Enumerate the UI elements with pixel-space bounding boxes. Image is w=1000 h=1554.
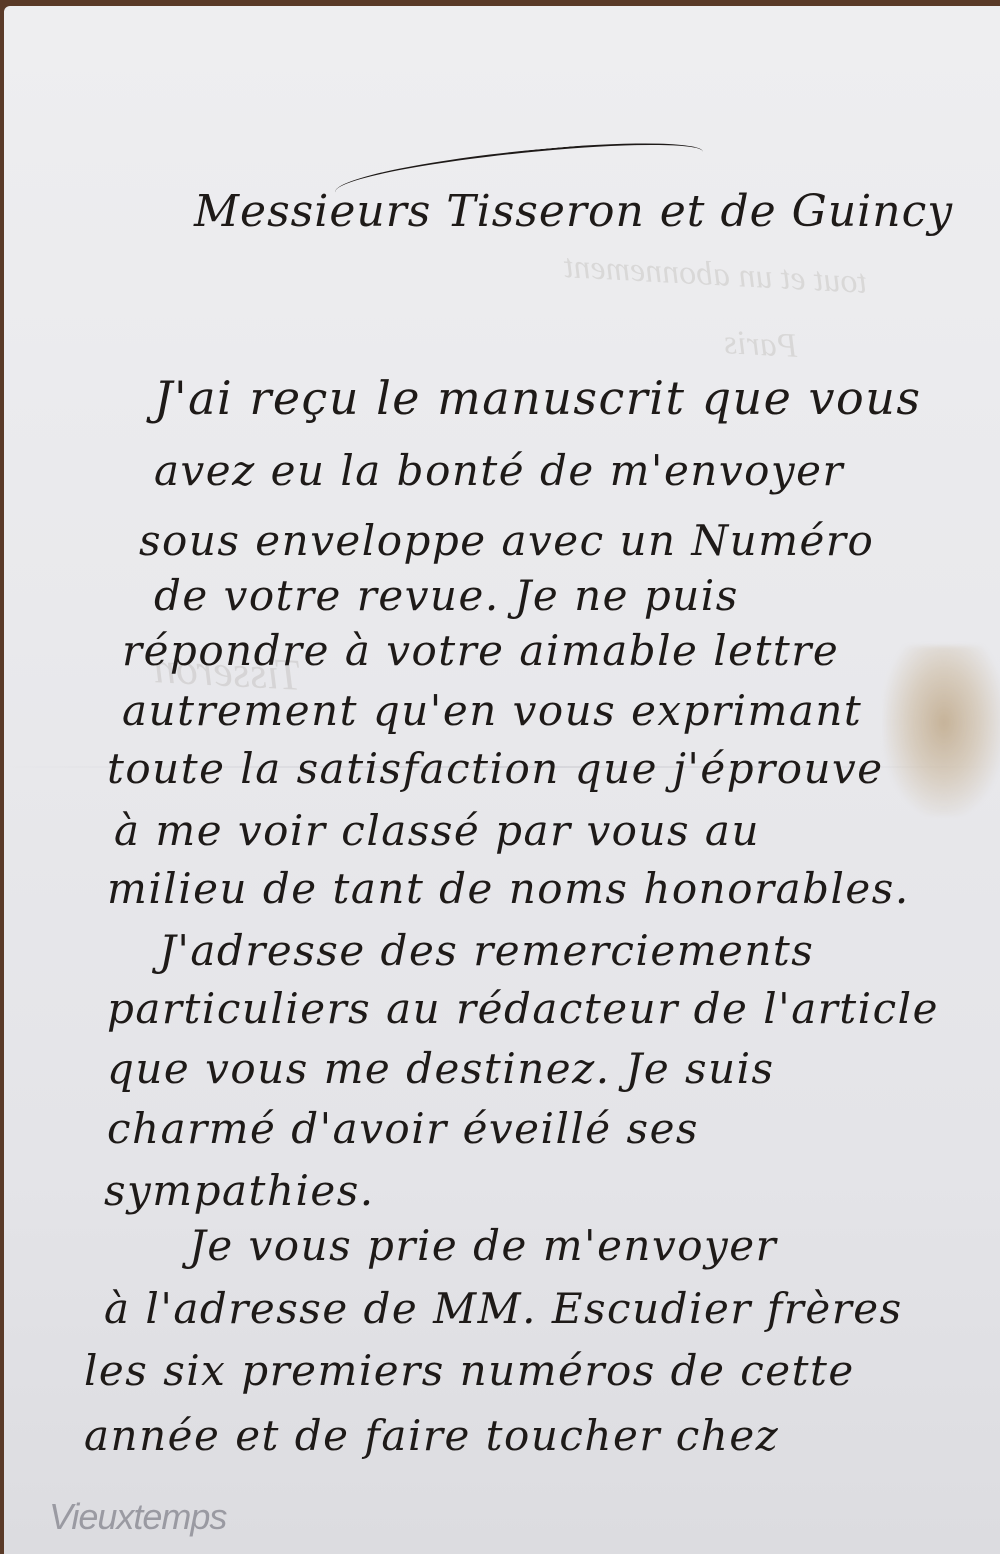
- letter-line: sous enveloppe avec un Numéro: [139, 516, 874, 565]
- letter-line: milieu de tant de noms honorables.: [107, 864, 910, 913]
- letter-page: tout et un abonnement Paris Tisseron Mes…: [4, 6, 1000, 1554]
- pencil-annotation: Vieuxtemps: [49, 1496, 226, 1538]
- bleed-through-text: Paris: [723, 324, 799, 366]
- salutation: Messieurs Tisseron et de Guincy: [194, 186, 953, 237]
- letter-line: avez eu la bonté de m'envoyer: [154, 446, 844, 495]
- letter-line: sympathies.: [104, 1166, 375, 1215]
- letter-line: que vous me destinez. Je suis: [107, 1044, 775, 1093]
- letter-line: répondre à votre aimable lettre: [122, 626, 839, 675]
- letter-line: année et de faire toucher chez: [84, 1411, 779, 1460]
- letter-line: J'adresse des remerciements: [159, 926, 814, 975]
- letter-line: les six premiers numéros de cette: [84, 1346, 855, 1395]
- letter-line: charmé d'avoir éveillé ses: [107, 1104, 699, 1153]
- letter-line: à me voir classé par vous au: [114, 806, 760, 855]
- letter-line: particuliers au rédacteur de l'article: [107, 984, 939, 1033]
- letter-line: de votre revue. Je ne puis: [154, 571, 739, 620]
- letter-line: autrement qu'en vous exprimant: [122, 686, 862, 735]
- water-stain: [884, 646, 1000, 816]
- letter-line: J'ai reçu le manuscrit que vous: [154, 371, 921, 425]
- letter-line: à l'adresse de MM. Escudier frères: [104, 1284, 903, 1333]
- letter-line: Je vous prie de m'envoyer: [189, 1221, 777, 1270]
- letter-line: toute la satisfaction que j'éprouve: [107, 744, 884, 793]
- bleed-through-text: tout et un abonnement: [563, 248, 868, 302]
